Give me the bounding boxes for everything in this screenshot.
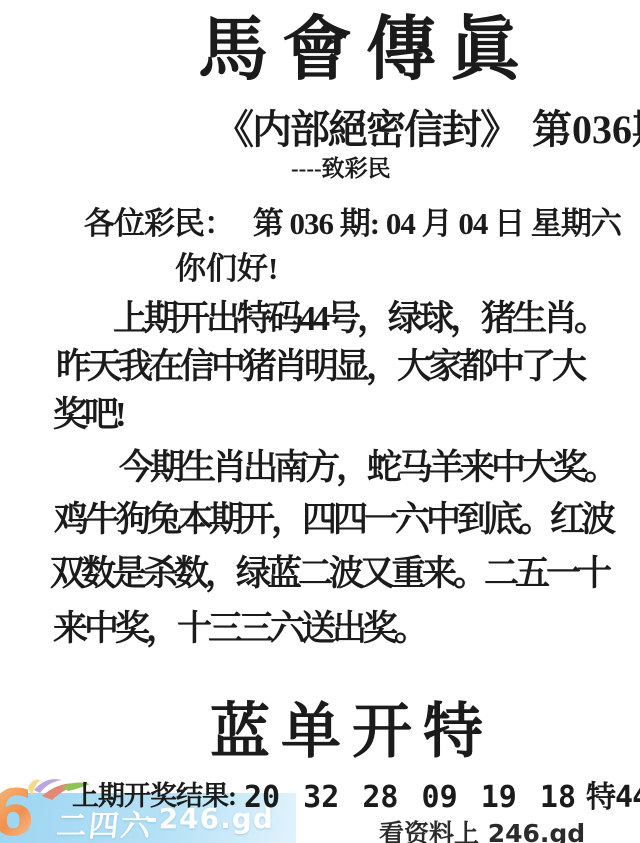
salutation: 各位彩民： (84, 206, 234, 241)
paragraph1-line3: 奖吧! (53, 397, 123, 432)
previous-result-line: 上期开奖结果:20 32 28 09 19 18特44 (72, 772, 640, 816)
fax-flyer-page: 馬會傳眞 《内部絕密信封》 第036期 ----致彩民 各位彩民： 第 036 … (0, 0, 640, 843)
paragraph1-line1: 上期开出特码44号，绿球，猪生肖。 (113, 301, 605, 336)
issue-number: 第036期 (532, 107, 640, 152)
issue-date: 第 036 期: 04 月 04 日 星期六 (253, 206, 621, 241)
envelope-label: 《内部絕密信封》 (214, 107, 518, 152)
hello-line: 你们好! (175, 243, 278, 288)
dedication-line: ----致彩民 (291, 150, 391, 183)
tip-headline: 蓝单开特 (210, 684, 494, 770)
page-title: 馬會傳眞 (198, 12, 534, 89)
result-label: 上期开奖结果: (72, 781, 236, 811)
greeting-line: 各位彩民： 第 036 期: 04 月 04 日 星期六 (84, 198, 621, 243)
paragraph2-line1: 今期生肖出南方，蛇马羊来中大奖。 (119, 450, 615, 485)
paragraph2-line3: 双数是杀数，绿蓝二波又重来。二五一十 (50, 556, 608, 591)
paragraph2-line4: 来中奖，十三三六送出奖。 (53, 611, 425, 646)
result-numbers: 20 32 28 09 19 18 (244, 780, 576, 815)
footer-note: 看资料上 246.gd (379, 814, 585, 843)
subtitle-line: 《内部絕密信封》 第036期 (214, 98, 640, 155)
result-special-number: 特44 (586, 780, 640, 815)
paragraph1-line2: 昨天我在信中猪肖明显，大家都中了大 (56, 349, 583, 384)
paragraph2-line2: 鸡牛狗兔本期开，四四一六中到底。红波 (54, 502, 612, 537)
